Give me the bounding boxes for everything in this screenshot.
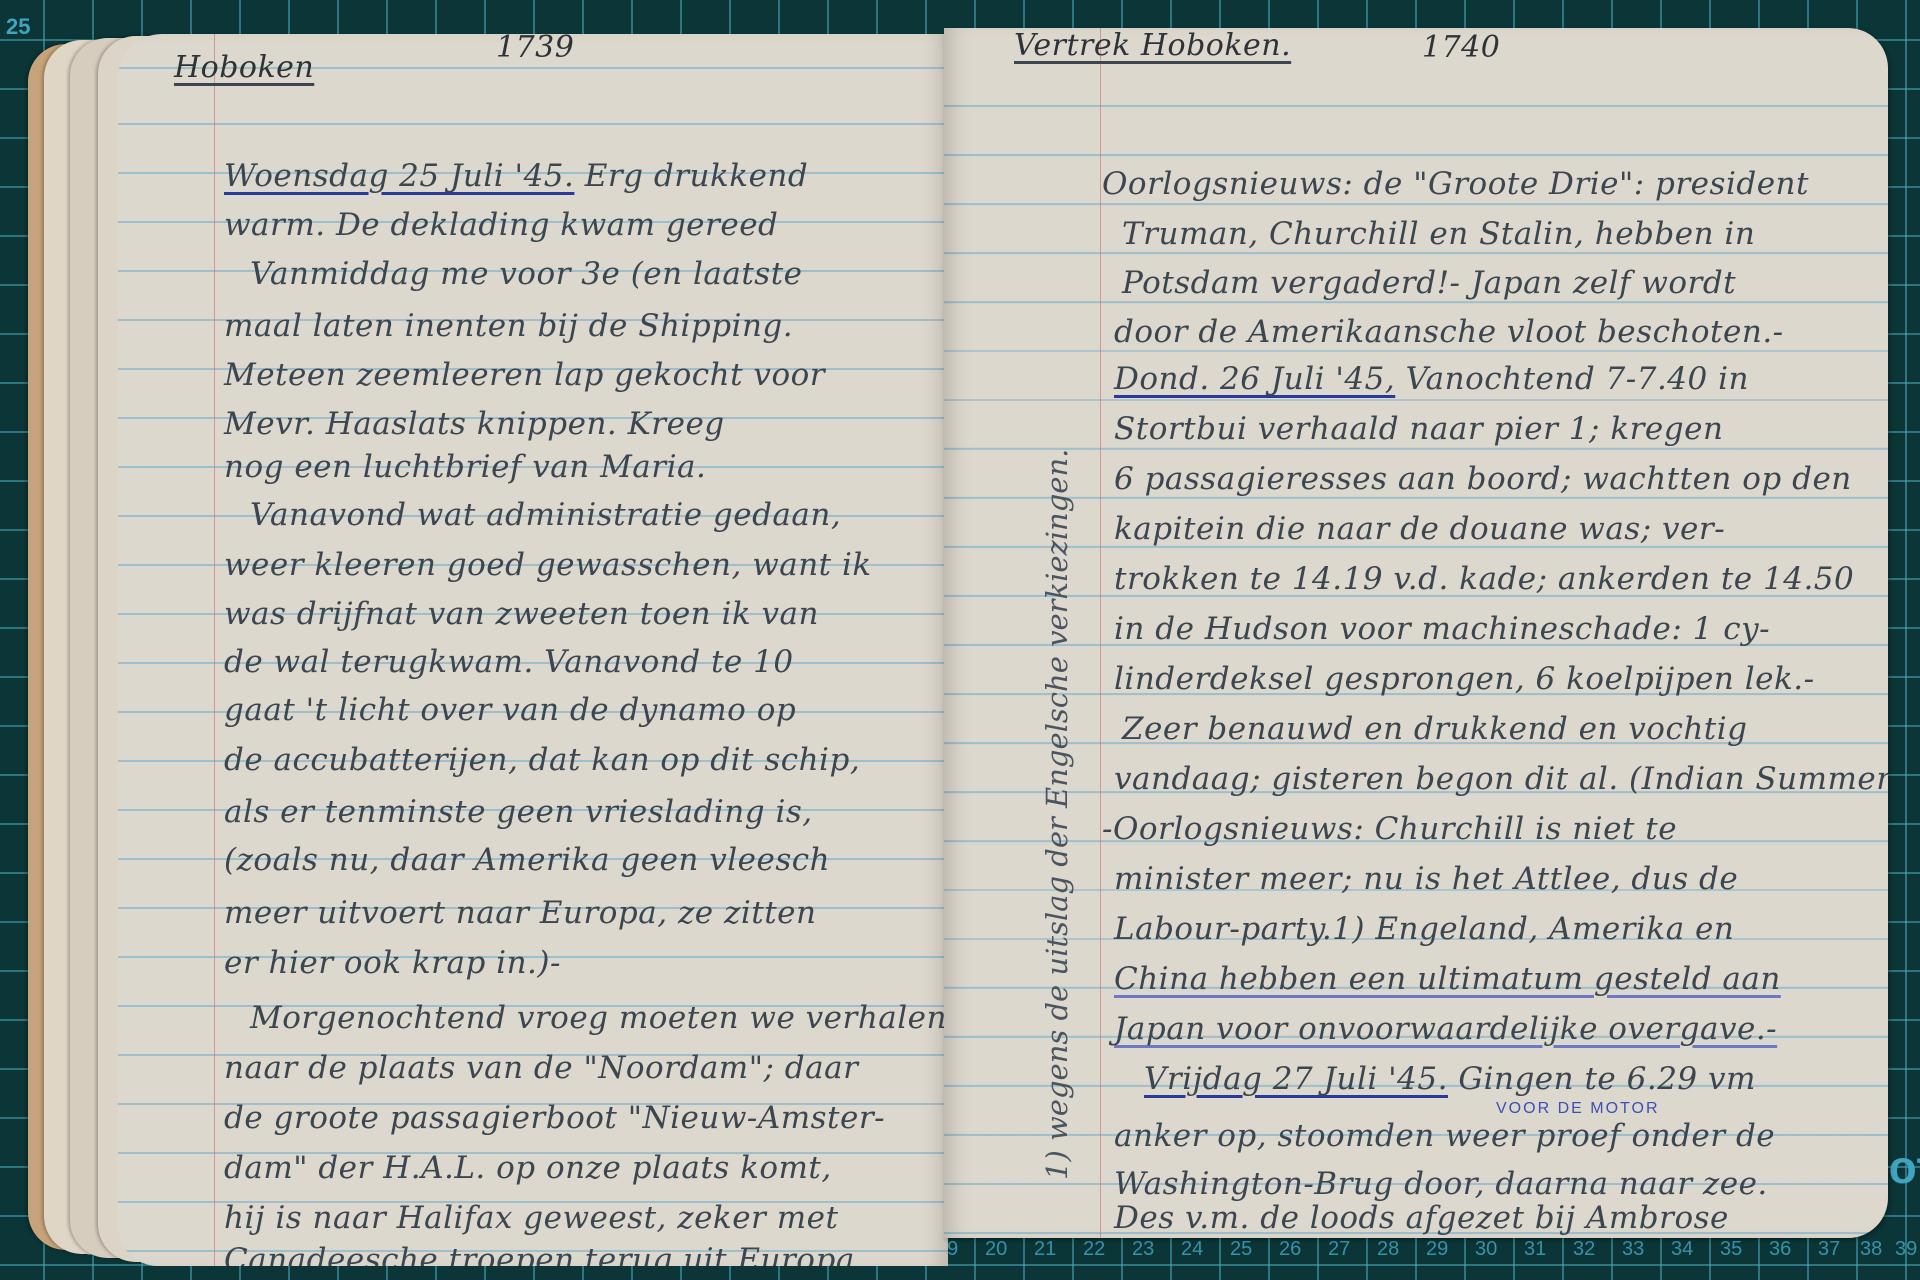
ruler-number: 27 <box>1328 1238 1350 1261</box>
diary-line: nog een luchtbrief van Maria. <box>224 449 706 485</box>
ruler-number: 25 <box>1230 1238 1252 1261</box>
diary-line: warm. De deklading kwam gereed <box>224 207 778 243</box>
ruler-number: 35 <box>1720 1238 1742 1261</box>
ruler-number: 39 <box>1895 1238 1917 1261</box>
margin-line <box>1100 28 1101 1238</box>
diary-line: gaat 't licht over van de dynamo op <box>224 692 796 728</box>
diary-line: Labour-party.1) Engeland, Amerika en <box>1114 911 1734 947</box>
ruler-number: 22 <box>1083 1238 1105 1261</box>
ruler-number: 28 <box>1377 1238 1399 1261</box>
diary-line: Washington-Brug door, daarna naar zee. <box>1114 1166 1768 1202</box>
diary-line: Meteen zeemleeren lap gekocht voor <box>224 357 825 393</box>
diary-line: Potsdam vergaderd!- Japan zelf wordt <box>1122 265 1736 301</box>
diary-line-rest: Erg drukkend <box>574 158 808 194</box>
diary-line: Woensdag 25 Juli '45. Erg drukkend <box>224 158 808 194</box>
diary-line: Stortbui verhaald naar pier 1; kregen <box>1114 411 1723 447</box>
diary-line: anker op, stoomden weer proef onder de <box>1114 1118 1775 1154</box>
ruler-number: 26 <box>1279 1238 1301 1261</box>
gutter-footnote: 1) wegens de uitslag der Engelsche verki… <box>1040 449 1074 1180</box>
left-page: Hoboken 1739 Woensdag 25 Juli '45. Erg d… <box>118 34 948 1266</box>
diary-line: Mevr. Haaslats knippen. Kreeg <box>224 406 725 442</box>
diary-line: de groote passagierboot "Nieuw-Amster- <box>224 1100 885 1136</box>
ruler-number: 24 <box>1181 1238 1203 1261</box>
diary-line: Zeer benauwd en drukkend en vochtig <box>1122 711 1748 747</box>
ruler-number: 36 <box>1769 1238 1791 1261</box>
ruler-number: 31 <box>1524 1238 1546 1261</box>
diary-line: Canadeesche troepen terug uit Europa. <box>224 1242 865 1266</box>
diary-line: in de Hudson voor machineschade: 1 cy- <box>1114 611 1770 647</box>
date-heading: Dond. 26 Juli '45, <box>1114 361 1395 397</box>
date-heading: Woensdag 25 Juli '45. <box>224 158 574 194</box>
ruler-number: 30 <box>1475 1238 1497 1261</box>
ruler-number: 38 <box>1860 1238 1882 1261</box>
diary-line: trokken te 14.19 v.d. kade; ankerden te … <box>1114 561 1854 597</box>
diary-line: kapitein die naar de douane was; ver- <box>1114 511 1725 547</box>
ruler-number: 34 <box>1671 1238 1693 1261</box>
diary-line: was drijfnat van zweeten toen ik van <box>224 596 819 632</box>
diary-line: Morgenochtend vroeg moeten we verhalen <box>250 1000 947 1036</box>
diary-line: Dond. 26 Juli '45, Vanochtend 7-7.40 in <box>1114 361 1749 397</box>
diary-line: Truman, Churchill en Stalin, hebben in <box>1122 216 1755 252</box>
diary-line: Vanavond wat administratie gedaan, <box>250 497 841 533</box>
diary-line: naar de plaats van de "Noordam"; daar <box>224 1050 858 1086</box>
diary-line: dam" der H.A.L. op onze plaats komt, <box>224 1150 832 1186</box>
diary-line: Vanmiddag me voor 3e (en laatste <box>250 256 803 292</box>
ruler-number: 32 <box>1573 1238 1595 1261</box>
diary-line: Japan voor onvoorwaardelijke overgave.- <box>1114 1011 1777 1047</box>
diary-line: hij is naar Halifax geweest, zeker met <box>224 1200 838 1236</box>
ruler-number: 20 <box>985 1238 1007 1261</box>
ruler-number: 23 <box>1132 1238 1154 1261</box>
diary-line: 6 passagieresses aan boord; wachtten op … <box>1114 461 1852 497</box>
diary-line-rest: Vanochtend 7-7.40 in <box>1395 361 1749 397</box>
right-page-number: 1740 <box>1422 30 1500 65</box>
ruler-number: 21 <box>1034 1238 1056 1261</box>
diary-line: maal laten inenten bij de Shipping. <box>224 308 793 344</box>
date-heading: Vrijdag 27 Juli '45. <box>1144 1061 1448 1097</box>
diary-line: als er tenminste geen vrieslading is, <box>224 794 813 830</box>
insertion-note: VOOR DE MOTOR <box>1496 1100 1660 1118</box>
right-page: Vertrek Hoboken. 1740 Oorlogsnieuws: de … <box>944 28 1888 1238</box>
diary-line: (zoals nu, daar Amerika geen vleesch <box>224 842 830 878</box>
diary-line: door de Amerikaansche vloot beschoten.- <box>1114 314 1784 350</box>
left-page-number: 1739 <box>496 34 574 65</box>
ruler-number: 37 <box>1818 1238 1840 1261</box>
ruler-number: 29 <box>1426 1238 1448 1261</box>
diary-line: er hier ook krap in.)- <box>224 945 561 981</box>
mat-ruler-label: 25 <box>6 14 30 40</box>
diary-line: Vrijdag 27 Juli '45. Gingen te 6.29 vm <box>1144 1061 1756 1097</box>
left-page-header: Hoboken <box>174 50 314 85</box>
diary-line: weer kleeren goed gewasschen, want ik <box>224 547 872 583</box>
diary-line: -Oorlogsnieuws: Churchill is niet te <box>1102 811 1677 847</box>
diary-line: Oorlogsnieuws: de "Groote Drie": preside… <box>1102 166 1809 202</box>
diary-line: vandaag; gisteren begon dit al. (Indian … <box>1114 761 1888 797</box>
diary-line: de wal terugkwam. Vanavond te 10 <box>224 644 794 680</box>
diary-line-rest: Gingen te 6.29 vm <box>1448 1061 1756 1097</box>
margin-line <box>214 34 215 1266</box>
diary-line: China hebben een ultimatum gesteld aan <box>1114 961 1781 997</box>
diary-line: de accubatterijen, dat kan op dit schip, <box>224 742 860 778</box>
right-page-header: Vertrek Hoboken. <box>1014 28 1291 63</box>
diary-line: meer uitvoert naar Europa, ze zitten <box>224 895 816 931</box>
diary-line: linderdeksel gesprongen, 6 koelpijpen le… <box>1114 661 1815 697</box>
ruler-number: 33 <box>1622 1238 1644 1261</box>
diary-line: minister meer; nu is het Attlee, dus de <box>1114 861 1738 897</box>
diary-line: Des v.m. de loods afgezet bij Ambrose <box>1114 1200 1729 1236</box>
